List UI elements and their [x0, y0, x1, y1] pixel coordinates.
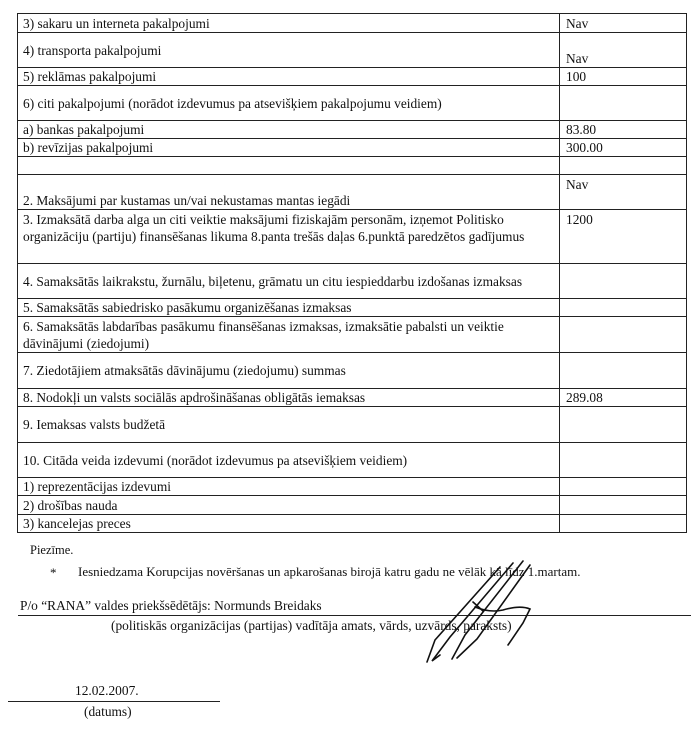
- table-row: 3) sakaru un interneta pakalpojumi Nav: [18, 14, 687, 33]
- row-label: 9. Iemaksas valsts budžetā: [18, 407, 560, 443]
- row-label: 4) transporta pakalpojumi: [18, 33, 560, 68]
- date-value: 12.02.2007.: [75, 683, 139, 699]
- table-row: 5. Samaksātās sabiedrisko pasākumu organ…: [18, 299, 687, 317]
- row-label: [18, 157, 560, 175]
- row-value: [560, 496, 687, 515]
- expenses-table: 3) sakaru un interneta pakalpojumi Nav 4…: [17, 13, 687, 533]
- row-value: [560, 353, 687, 389]
- table-row: 5) reklāmas pakalpojumi 100: [18, 68, 687, 86]
- row-label: 8. Nodokļi un valsts sociālās apdrošināš…: [18, 389, 560, 407]
- row-label: a) bankas pakalpojumi: [18, 121, 560, 139]
- table-row: 3. Izmaksātā darba alga un citi veiktie …: [18, 210, 687, 264]
- table-row: 3) kancelejas preces: [18, 515, 687, 533]
- row-value: [560, 264, 687, 299]
- row-value: [560, 443, 687, 478]
- row-label: 6) citi pakalpojumi (norādot izdevumus p…: [18, 86, 560, 121]
- table-row: 4. Samaksātās laikrakstu, žurnālu, biļet…: [18, 264, 687, 299]
- row-value: [560, 86, 687, 121]
- table-row: 6. Samaksātās labdarības pasākumu finans…: [18, 317, 687, 353]
- row-value: [560, 157, 687, 175]
- row-label: b) revīzijas pakalpojumi: [18, 139, 560, 157]
- table-row: 8. Nodokļi un valsts sociālās apdrošināš…: [18, 389, 687, 407]
- row-value: 300.00: [560, 139, 687, 157]
- row-value: 289.08: [560, 389, 687, 407]
- date-caption: (datums): [84, 704, 132, 720]
- row-value: 1200: [560, 210, 687, 264]
- row-value: [560, 317, 687, 353]
- table-row: a) bankas pakalpojumi 83.80: [18, 121, 687, 139]
- row-label: 2. Maksājumi par kustamas un/vai nekusta…: [18, 175, 560, 210]
- row-value: [560, 299, 687, 317]
- row-label: 1) reprezentācijas izdevumi: [18, 478, 560, 496]
- table-row: 10. Citāda veida izdevumi (norādot izdev…: [18, 443, 687, 478]
- row-label: 5) reklāmas pakalpojumi: [18, 68, 560, 86]
- table-row: 7. Ziedotājiem atmaksātās dāvinājumu (zi…: [18, 353, 687, 389]
- row-label: 7. Ziedotājiem atmaksātās dāvinājumu (zi…: [18, 353, 560, 389]
- row-label: 3) kancelejas preces: [18, 515, 560, 533]
- row-value: Nav: [560, 175, 687, 210]
- table-row: 2) drošības nauda: [18, 496, 687, 515]
- row-label: 3. Izmaksātā darba alga un citi veiktie …: [18, 210, 560, 264]
- table-row: [18, 157, 687, 175]
- note-title: Piezīme.: [30, 543, 73, 558]
- row-value: Nav: [560, 33, 687, 68]
- table-row: 4) transporta pakalpojumi Nav: [18, 33, 687, 68]
- row-label: 5. Samaksātās sabiedrisko pasākumu organ…: [18, 299, 560, 317]
- table-row: 6) citi pakalpojumi (norādot izdevumus p…: [18, 86, 687, 121]
- row-value: [560, 515, 687, 533]
- table-row: 1) reprezentācijas izdevumi: [18, 478, 687, 496]
- row-label: 4. Samaksātās laikrakstu, žurnālu, biļet…: [18, 264, 560, 299]
- row-label: 6. Samaksātās labdarības pasākumu finans…: [18, 317, 560, 353]
- row-value: 100: [560, 68, 687, 86]
- signature-line: [18, 615, 691, 616]
- row-label: 2) drošības nauda: [18, 496, 560, 515]
- signatory-name: P/o “RANA” valdes priekšsēdētājs: Normun…: [20, 598, 322, 614]
- row-value: [560, 407, 687, 443]
- row-label: 3) sakaru un interneta pakalpojumi: [18, 14, 560, 33]
- note-marker: *: [50, 565, 57, 581]
- date-line: [8, 701, 220, 702]
- row-value: Nav: [560, 14, 687, 33]
- row-label: 10. Citāda veida izdevumi (norādot izdev…: [18, 443, 560, 478]
- table-row: b) revīzijas pakalpojumi 300.00: [18, 139, 687, 157]
- table-row: 2. Maksājumi par kustamas un/vai nekusta…: [18, 175, 687, 210]
- table-row: 9. Iemaksas valsts budžetā: [18, 407, 687, 443]
- row-value: 83.80: [560, 121, 687, 139]
- handwritten-signature-icon: [405, 555, 575, 670]
- row-value: [560, 478, 687, 496]
